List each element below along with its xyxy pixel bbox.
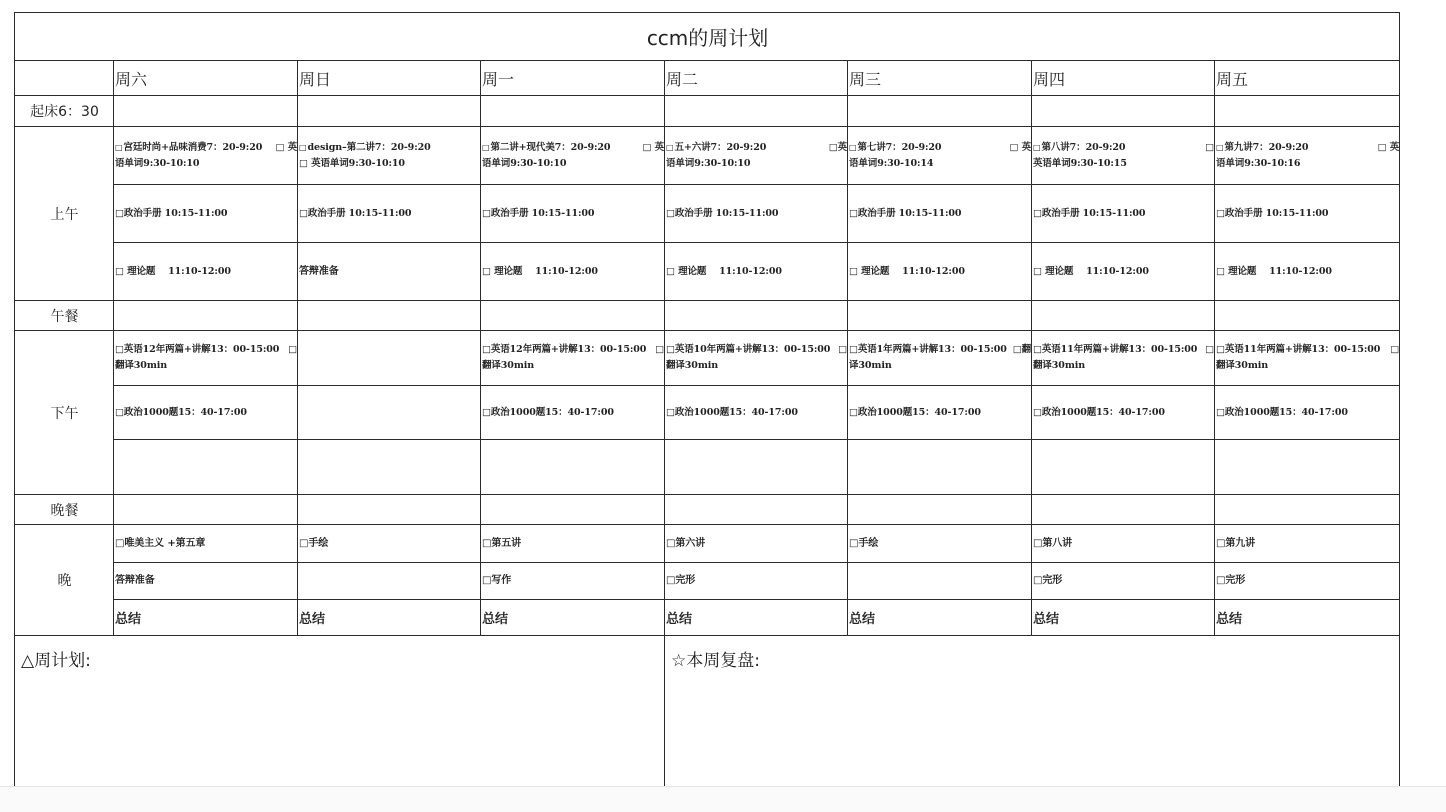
checkbox-icon[interactable]: □ (1216, 140, 1223, 156)
day-header-mon: 周一 (481, 61, 665, 96)
checkbox-icon[interactable]: □ (115, 140, 122, 156)
lunch-cell[interactable] (848, 301, 1032, 331)
checkbox-icon[interactable]: □ (666, 140, 673, 156)
lunch-cell[interactable] (1215, 301, 1400, 331)
weekly-review-section[interactable]: ☆本周复盘: (665, 636, 1400, 787)
task-cell[interactable]: □政治手册 10:15-11:00 (848, 185, 1032, 243)
weekly-plan-label: △周计划: (21, 651, 91, 671)
task-cell[interactable]: □ 理论题 11:10-12:00 (1215, 243, 1400, 301)
task-cell[interactable]: □ 理论题 11:10-12:00 (481, 243, 665, 301)
lunch-cell[interactable] (298, 301, 481, 331)
task-cell[interactable]: □英语10年两篇+讲解13：00-15:00□ 翻译30min (665, 331, 848, 386)
task-cell[interactable]: □英语12年两篇+讲解13：00-15:00□ 翻译30min (114, 331, 298, 386)
task-cell[interactable]: □写作 (481, 563, 665, 600)
task-cell[interactable] (848, 563, 1032, 600)
task-cell[interactable]: □完形 (1032, 563, 1215, 600)
task-cell[interactable]: □ 理论题 11:10-12:00 (114, 243, 298, 301)
row-label-wake: 起床6：30 (15, 96, 114, 127)
checkbox-icon[interactable]: □ (1033, 140, 1040, 156)
task-cell[interactable]: □完形 (665, 563, 848, 600)
task-cell[interactable] (1032, 440, 1215, 495)
task-cell[interactable]: □第二讲+现代美7：20-9:20□ 英 语单词9:30-10:10 (481, 127, 665, 185)
task-cell[interactable]: □英语12年两篇+讲解13：00-15:00□ 翻译30min (481, 331, 665, 386)
page-title: ccm的周计划 (15, 13, 1400, 61)
dinner-cell[interactable] (848, 495, 1032, 525)
weekly-review-label: ☆本周复盘: (671, 651, 760, 671)
task-cell[interactable]: □第九讲 (1215, 525, 1400, 563)
task-cell[interactable]: □政治1000题15：40-17:00 (665, 386, 848, 440)
task-cell[interactable]: □英语11年两篇+讲解13：00-15:00□ 翻译30min (1215, 331, 1400, 386)
wake-cell[interactable] (481, 96, 665, 127)
task-cell[interactable] (848, 440, 1032, 495)
task-cell[interactable]: □第八讲 (1032, 525, 1215, 563)
checkbox-icon[interactable]: □ (299, 140, 306, 156)
day-header-thu: 周四 (1032, 61, 1215, 96)
task-cell[interactable]: □手绘 (848, 525, 1032, 563)
task-cell[interactable]: □宫廷时尚+品味消费7：20-9:20□ 英 语单词9:30-10:10 (114, 127, 298, 185)
task-cell[interactable] (298, 331, 481, 386)
lunch-cell[interactable] (665, 301, 848, 331)
row-label-morning: 上午 (15, 127, 114, 301)
task-cell[interactable] (114, 440, 298, 495)
day-header-wed: 周三 (848, 61, 1032, 96)
day-header-sun: 周日 (298, 61, 481, 96)
document-page: ccm的周计划 周六 周日 周一 周二 周三 周四 周五 起床6：30 上午 (0, 0, 1446, 786)
row-label-evening: 晚 (15, 525, 114, 636)
task-cell[interactable]: □政治手册 10:15-11:00 (1032, 185, 1215, 243)
summary-cell[interactable]: 总结 (848, 600, 1032, 636)
task-cell[interactable]: □第九讲7：20-9:20□ 英 语单词9:30-10:16 (1215, 127, 1400, 185)
wake-cell[interactable] (298, 96, 481, 127)
task-cell[interactable]: □第七讲7：20-9:20□ 英 语单词9:30-10:14 (848, 127, 1032, 185)
task-cell[interactable]: □政治1000题15：40-17:00 (848, 386, 1032, 440)
task-cell[interactable] (481, 440, 665, 495)
dinner-cell[interactable] (1032, 495, 1215, 525)
row-label-afternoon: 下午 (15, 331, 114, 495)
task-cell[interactable]: □ 理论题 11:10-12:00 (1032, 243, 1215, 301)
task-cell[interactable]: □手绘 (298, 525, 481, 563)
task-cell[interactable]: □ 理论题 11:10-12:00 (848, 243, 1032, 301)
task-cell[interactable] (298, 563, 481, 600)
weekly-plan-section[interactable]: △周计划: (15, 636, 665, 787)
page-bottom-edge (0, 786, 1446, 812)
task-cell[interactable]: □政治1000题15：40-17:00 (1215, 386, 1400, 440)
task-cell[interactable]: □政治1000题15：40-17:00 (481, 386, 665, 440)
task-cell[interactable] (298, 440, 481, 495)
summary-cell[interactable]: 总结 (1032, 600, 1215, 636)
dinner-cell[interactable] (1215, 495, 1400, 525)
task-cell[interactable]: □第六讲 (665, 525, 848, 563)
wake-cell[interactable] (1032, 96, 1215, 127)
row-label-dinner: 晚餐 (15, 495, 114, 525)
task-cell[interactable]: □政治1000题15：40-17:00 (114, 386, 298, 440)
task-cell[interactable]: □ 第八讲7：20-9:20□ 英语单词9:30-10:15 (1032, 127, 1215, 185)
task-cell[interactable]: □政治手册 10:15-11:00 (114, 185, 298, 243)
task-cell[interactable]: □政治手册 10:15-11:00 (1215, 185, 1400, 243)
wake-cell[interactable] (848, 96, 1032, 127)
task-cell[interactable] (1215, 440, 1400, 495)
summary-cell[interactable]: 总结 (1215, 600, 1400, 636)
summary-cell[interactable]: 总结 (481, 600, 665, 636)
wake-cell[interactable] (1215, 96, 1400, 127)
checkbox-icon[interactable]: □ (482, 140, 489, 156)
summary-cell[interactable]: 总结 (665, 600, 848, 636)
task-cell[interactable] (298, 386, 481, 440)
task-cell[interactable]: □政治手册 10:15-11:00 (298, 185, 481, 243)
task-cell[interactable]: □第五讲 (481, 525, 665, 563)
lunch-cell[interactable] (1032, 301, 1215, 331)
row-label-lunch: 午餐 (15, 301, 114, 331)
summary-cell[interactable]: 总结 (114, 600, 298, 636)
wake-cell[interactable] (665, 96, 848, 127)
checkbox-icon[interactable]: □ (849, 140, 856, 156)
task-cell[interactable]: □英语1年两篇+讲解13：00-15:00□翻 译30min (848, 331, 1032, 386)
task-cell[interactable]: 答辩准备 (114, 563, 298, 600)
task-cell[interactable]: □ 理论题 11:10-12:00 (665, 243, 848, 301)
task-cell[interactable]: □政治手册 10:15-11:00 (665, 185, 848, 243)
task-cell[interactable]: □政治手册 10:15-11:00 (481, 185, 665, 243)
task-cell[interactable]: □五+六讲7：20-9:20□英 语单词9:30-10:10 (665, 127, 848, 185)
corner-cell (15, 61, 114, 96)
task-cell[interactable]: □政治1000题15：40-17:00 (1032, 386, 1215, 440)
task-cell[interactable] (665, 440, 848, 495)
day-header-tue: 周二 (665, 61, 848, 96)
task-cell[interactable]: 答辩准备 (298, 243, 481, 301)
task-cell[interactable]: □英语11年两篇+讲解13：00-15:00□ 翻译30min (1032, 331, 1215, 386)
lunch-cell[interactable] (114, 301, 298, 331)
lunch-cell[interactable] (481, 301, 665, 331)
dinner-cell[interactable] (665, 495, 848, 525)
task-cell[interactable]: □唯美主义 +第五章 (114, 525, 298, 563)
dinner-cell[interactable] (114, 495, 298, 525)
dinner-cell[interactable] (298, 495, 481, 525)
wake-cell[interactable] (114, 96, 298, 127)
task-cell[interactable]: □完形 (1215, 563, 1400, 600)
weekly-plan-table: ccm的周计划 周六 周日 周一 周二 周三 周四 周五 起床6：30 上午 (14, 12, 1400, 786)
day-header-fri: 周五 (1215, 61, 1400, 96)
day-header-sat: 周六 (114, 61, 298, 96)
dinner-cell[interactable] (481, 495, 665, 525)
task-cell[interactable]: □design–第二讲7：20-9:20 □ 英语单词9:30-10:10 (298, 127, 481, 185)
summary-cell[interactable]: 总结 (298, 600, 481, 636)
